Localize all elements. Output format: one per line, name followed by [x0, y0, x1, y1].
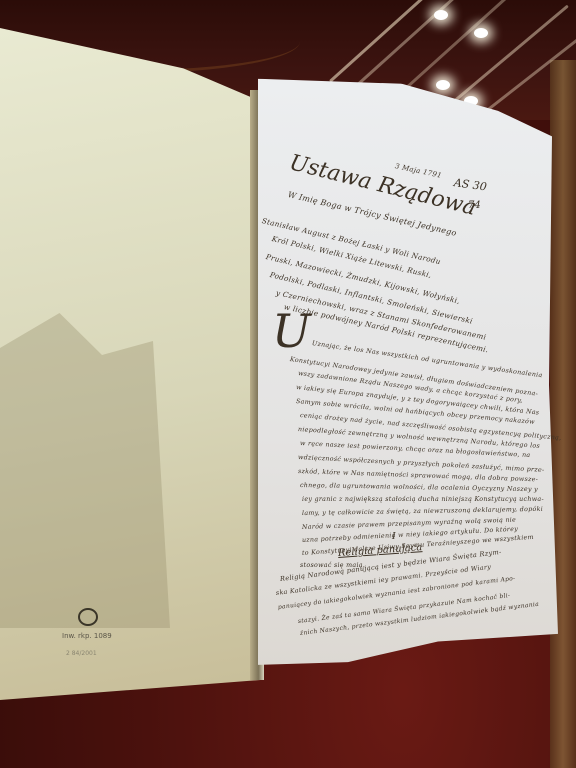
left-blank-page [0, 28, 262, 700]
article-number: I [392, 532, 396, 542]
library-stamp [78, 608, 98, 626]
preamble-line: iey granic z największą stałością ducha … [302, 496, 544, 503]
page-shadow [0, 278, 170, 628]
catalog-number: Inw. rkp. 1089 [62, 632, 112, 640]
display-case-photo: Inw. rkp. 1089 2 84/2001 3 Maja 1791 AS … [0, 0, 576, 768]
ceiling-light-reflection [434, 10, 448, 20]
gilded-frame-edge [550, 60, 576, 768]
ceiling-light-reflection [436, 80, 450, 90]
pencil-annotation: 2 84/2001 [66, 650, 97, 657]
ceiling-light-reflection [474, 28, 488, 38]
preamble-dropcap: U [272, 308, 311, 354]
